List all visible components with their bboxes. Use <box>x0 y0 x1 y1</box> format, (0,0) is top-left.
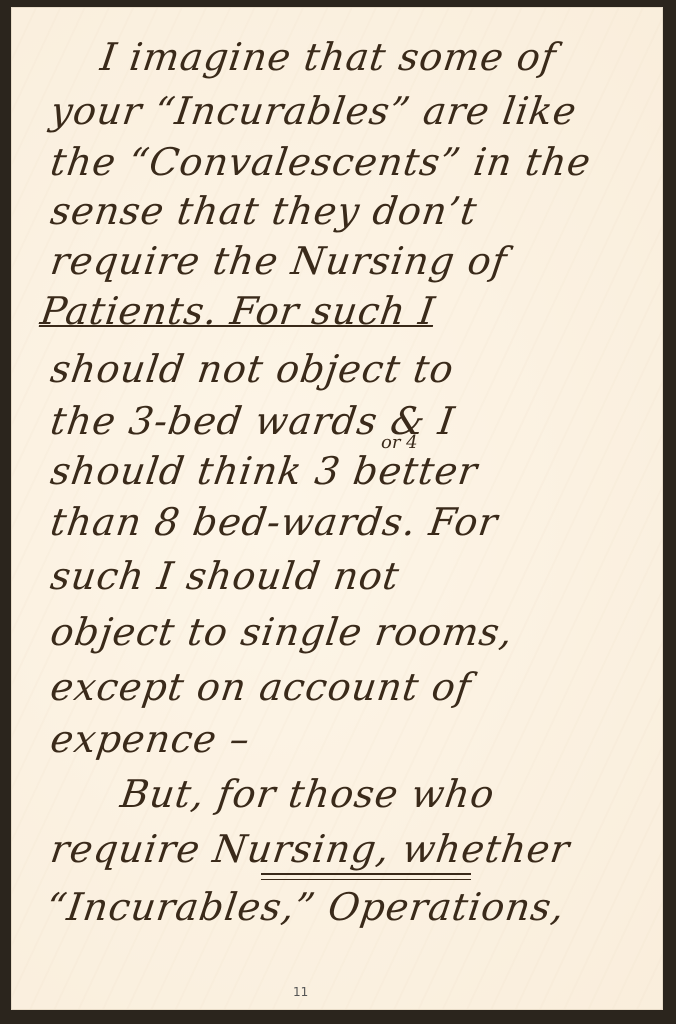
text-line-4: sense that they don’t <box>48 189 480 233</box>
text-line-2: your “Incurables” are like <box>48 89 580 133</box>
text-line-11: such I should not <box>48 554 403 598</box>
text-line-14: expence – <box>48 717 253 761</box>
text-line-5: require the Nursing of <box>48 239 510 283</box>
text-line-9: should think 3 better <box>48 449 481 493</box>
text-line-17: “Incurables,” Operations, <box>44 885 568 929</box>
text-line-15: But, for those who <box>118 772 498 816</box>
page-number: 11 <box>293 985 308 999</box>
text-line-3: the “Convalescents” in the <box>48 140 594 184</box>
nursing-underline-2 <box>261 879 471 880</box>
letter-page: I imagine that some of your “Incurables”… <box>11 7 663 1010</box>
text-line-6: Patients. For such I <box>38 289 438 333</box>
text-line-12: object to single rooms, <box>48 610 516 654</box>
text-line-10: than 8 bed-wards. For <box>48 500 501 544</box>
text-line-7: should not object to <box>48 347 457 391</box>
nursing-underline-1 <box>261 873 471 875</box>
text-line-13: except on account of <box>48 665 474 709</box>
text-line-16: require Nursing, whether <box>48 827 573 871</box>
text-line-1: I imagine that some of <box>98 35 559 79</box>
